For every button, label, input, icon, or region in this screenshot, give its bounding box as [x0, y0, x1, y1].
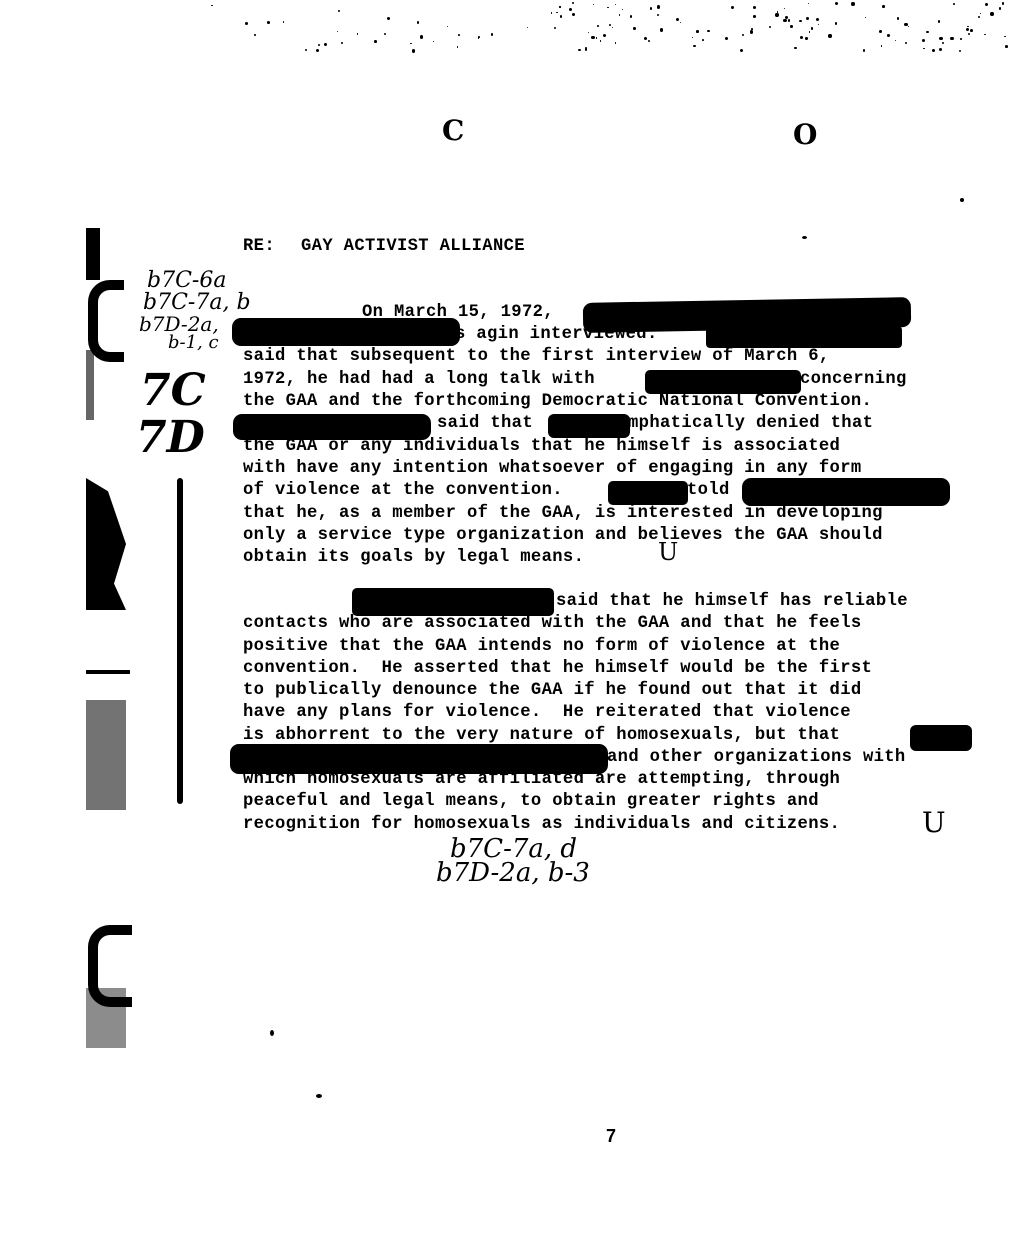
- body-line: told: [687, 480, 730, 502]
- body-line: which homosexuals are affiliated are att…: [243, 769, 840, 791]
- scan-speck: [615, 4, 616, 5]
- body-line: concerning: [800, 369, 907, 391]
- scan-speck: [908, 26, 909, 27]
- scan-speck: [324, 43, 327, 46]
- scan-speck: [818, 24, 819, 25]
- scan-speck: [966, 28, 969, 31]
- scan-speck: [978, 16, 980, 18]
- body-line: obtain its goals by legal means.: [243, 547, 584, 569]
- scan-speck: [799, 20, 802, 23]
- scan-speck: [980, 13, 981, 14]
- scan-speck: [811, 27, 814, 30]
- margin-scan-artifact: [86, 670, 130, 674]
- scan-speck: [657, 14, 659, 16]
- scan-speck: [554, 27, 557, 30]
- scan-speck: [648, 40, 650, 42]
- scan-speck: [619, 14, 620, 15]
- scan-speck: [835, 22, 837, 24]
- body-line: peaceful and legal means, to obtain grea…: [243, 791, 819, 813]
- scan-speck: [960, 38, 962, 40]
- scan-speck: [816, 18, 819, 21]
- margin-code: 7C: [140, 365, 206, 416]
- scan-speck: [809, 31, 811, 33]
- body-line: s agin interviewed.: [455, 324, 658, 346]
- subject-title: GAY ACTIVIST ALLIANCE: [301, 236, 525, 258]
- scan-speck: [603, 34, 606, 37]
- scan-speck: [559, 6, 560, 7]
- scan-speck: [597, 25, 599, 27]
- scan-speck: [835, 2, 838, 5]
- scan-speck: [985, 3, 988, 6]
- scan-speck: [702, 39, 704, 41]
- scan-speck: [990, 12, 993, 15]
- scan-speck: [784, 8, 785, 9]
- body-line: convention. He asserted that he himself …: [243, 658, 872, 680]
- scan-speck: [588, 32, 589, 33]
- scan-speck: [556, 12, 557, 13]
- body-line: mphatically denied that: [628, 413, 873, 435]
- redaction-block: [910, 725, 972, 751]
- body-line: of violence at the convention.: [243, 480, 563, 502]
- scan-speck: [692, 37, 693, 38]
- scan-speck: [731, 6, 734, 9]
- scan-speck: [753, 15, 756, 18]
- punch-hole-mark-left: C: [442, 114, 464, 147]
- scan-speck: [572, 13, 575, 16]
- redaction-block: [548, 414, 630, 438]
- scan-speck: [769, 26, 772, 29]
- margin-scan-artifact: [86, 700, 126, 810]
- scan-speck: [938, 20, 940, 22]
- scan-speck: [881, 45, 882, 46]
- body-line: have any plans for violence. He reiterat…: [243, 702, 851, 724]
- scan-speck: [458, 34, 460, 36]
- redaction-block: [232, 318, 460, 346]
- scan-speck: [417, 21, 419, 23]
- scan-speck: [420, 35, 423, 38]
- body-line: only a service type organization and bel…: [243, 525, 883, 547]
- body-line: with have any intention whatsoever of en…: [243, 458, 862, 480]
- redaction-block: [706, 326, 902, 348]
- scan-speck: [622, 9, 623, 10]
- classification-mark: U: [658, 538, 678, 566]
- body-line: said that subsequent to the first interv…: [243, 346, 830, 368]
- body-line: said that he himself has reliable: [556, 591, 908, 613]
- body-line: said that: [437, 413, 533, 435]
- subject-label: RE:: [243, 236, 275, 258]
- page-number: 7: [606, 1126, 616, 1147]
- scan-speck: [615, 42, 616, 43]
- scan-speck: [790, 25, 793, 28]
- body-line: that he, as a member of the GAA, is inte…: [243, 503, 883, 525]
- classification-mark: U: [922, 806, 946, 839]
- body-line: the GAA or any individuals that he himse…: [243, 436, 840, 458]
- scan-speck: [932, 49, 935, 52]
- scan-speck: [569, 8, 572, 11]
- scan-speck: [740, 49, 743, 52]
- scan-speck: [942, 42, 944, 44]
- scan-speck: [905, 42, 908, 45]
- scan-speck: [922, 39, 925, 42]
- body-line: the GAA and the forthcoming Democratic N…: [243, 391, 872, 413]
- scan-speck: [953, 3, 955, 5]
- scan-speck: [660, 28, 663, 31]
- redaction-block: [352, 588, 554, 616]
- exemption-note: b-1, c: [168, 332, 219, 353]
- scan-speck: [1004, 36, 1006, 38]
- scan-speck: [585, 48, 588, 51]
- scan-speck: [742, 34, 744, 36]
- redaction-block: [608, 481, 688, 505]
- scan-speck: [491, 33, 494, 36]
- scan-speck: [387, 17, 390, 20]
- scan-speck: [551, 12, 553, 14]
- scan-speck: [254, 34, 256, 36]
- body-line: contacts who are associated with the GAA…: [243, 613, 862, 635]
- scan-speck: [591, 36, 594, 39]
- margin-scan-artifact: [86, 478, 126, 610]
- margin-code: 7D: [136, 412, 205, 463]
- scan-speck: [707, 30, 710, 33]
- scan-speck: [808, 3, 809, 4]
- scan-speck: [596, 37, 597, 38]
- body-line: to publically denounce the GAA if he fou…: [243, 680, 862, 702]
- scan-speck: [788, 19, 790, 21]
- scan-speck: [267, 21, 270, 24]
- scan-speck: [1002, 2, 1005, 5]
- body-line: positive that the GAA intends no form of…: [243, 636, 840, 658]
- scan-speck: [805, 37, 808, 40]
- scan-speck: [211, 5, 212, 6]
- scan-speck: [693, 45, 695, 47]
- scan-speck: [753, 6, 756, 9]
- scan-speck: [970, 29, 973, 32]
- redaction-block: [742, 478, 950, 506]
- document-page: C O RE: GAY ACTIVIST ALLIANCE b7C-6a b7C…: [0, 0, 1010, 1248]
- scan-speck: [305, 49, 307, 51]
- scan-speck: [939, 48, 942, 51]
- scan-speck: [630, 15, 633, 18]
- scan-speck: [341, 42, 343, 44]
- scan-speck: [609, 24, 611, 26]
- scan-speck: [984, 34, 986, 36]
- scan-speck: [283, 21, 285, 23]
- scan-speck: [950, 37, 953, 40]
- scan-speck: [865, 17, 866, 18]
- scan-speck: [725, 37, 728, 40]
- scan-speck: [882, 5, 885, 8]
- scan-speck: [851, 2, 854, 5]
- scan-speck: [572, 2, 574, 4]
- scan-speck: [607, 7, 608, 8]
- margin-scan-artifact: [86, 228, 100, 280]
- body-line: recognition for homosexuals as individua…: [243, 814, 840, 836]
- scan-speck: [357, 33, 359, 35]
- scan-speck: [593, 4, 594, 5]
- scan-speck: [578, 49, 580, 51]
- scan-speck: [633, 27, 636, 30]
- scan-speck: [879, 30, 882, 33]
- scan-speck: [318, 44, 320, 46]
- scan-speck: [644, 37, 647, 40]
- scan-speck: [751, 28, 753, 30]
- scan-speck: [968, 33, 970, 35]
- scan-speck: [412, 49, 415, 52]
- scan-speck: [750, 30, 753, 33]
- scan-speck: [374, 40, 377, 43]
- scan-speck: [447, 26, 448, 27]
- scan-speck: [527, 27, 529, 29]
- scan-speck: [999, 7, 1001, 9]
- scan-speck: [612, 27, 613, 28]
- scan-speck: [923, 48, 925, 50]
- scan-speck: [245, 22, 248, 25]
- scan-speck: [600, 40, 602, 42]
- scan-speck: [384, 33, 386, 35]
- scan-speck: [338, 10, 340, 12]
- scan-speck: [863, 49, 866, 52]
- scan-speck: [1005, 45, 1008, 48]
- scan-speck: [802, 236, 807, 239]
- scan-speck: [939, 37, 942, 40]
- scan-speck: [959, 50, 961, 52]
- scan-speck: [895, 40, 896, 41]
- body-line: and other organizations with: [607, 747, 906, 769]
- scan-speck: [316, 49, 319, 52]
- scan-speck: [897, 17, 900, 20]
- scan-speck: [657, 5, 660, 8]
- scan-speck: [800, 36, 803, 39]
- scan-speck: [904, 23, 907, 26]
- scan-speck: [316, 1094, 322, 1098]
- scan-speck: [783, 19, 786, 22]
- scan-speck: [650, 7, 652, 9]
- scan-speck: [560, 15, 563, 18]
- punch-hole-mark-right: O: [793, 118, 817, 151]
- scan-speck: [775, 13, 778, 16]
- scan-speck: [960, 198, 964, 202]
- scan-speck: [410, 43, 411, 44]
- exemption-note: b7D-2a, b-3: [436, 858, 590, 888]
- scan-speck: [270, 1030, 274, 1036]
- margin-scan-artifact: [86, 988, 126, 1048]
- scan-speck: [457, 46, 459, 48]
- margin-bracket-line: [177, 478, 183, 804]
- margin-scan-artifact: [86, 350, 94, 420]
- scan-speck: [696, 30, 699, 33]
- scan-speck: [676, 18, 679, 21]
- scan-speck: [926, 31, 928, 33]
- scan-speck: [433, 41, 434, 42]
- scan-speck: [680, 22, 682, 24]
- scan-speck: [828, 34, 831, 37]
- scan-speck: [806, 17, 809, 20]
- body-line: 1972, he had had a long talk with: [243, 369, 595, 391]
- scan-speck: [337, 31, 338, 32]
- scan-speck: [887, 34, 890, 37]
- scan-speck: [794, 47, 796, 49]
